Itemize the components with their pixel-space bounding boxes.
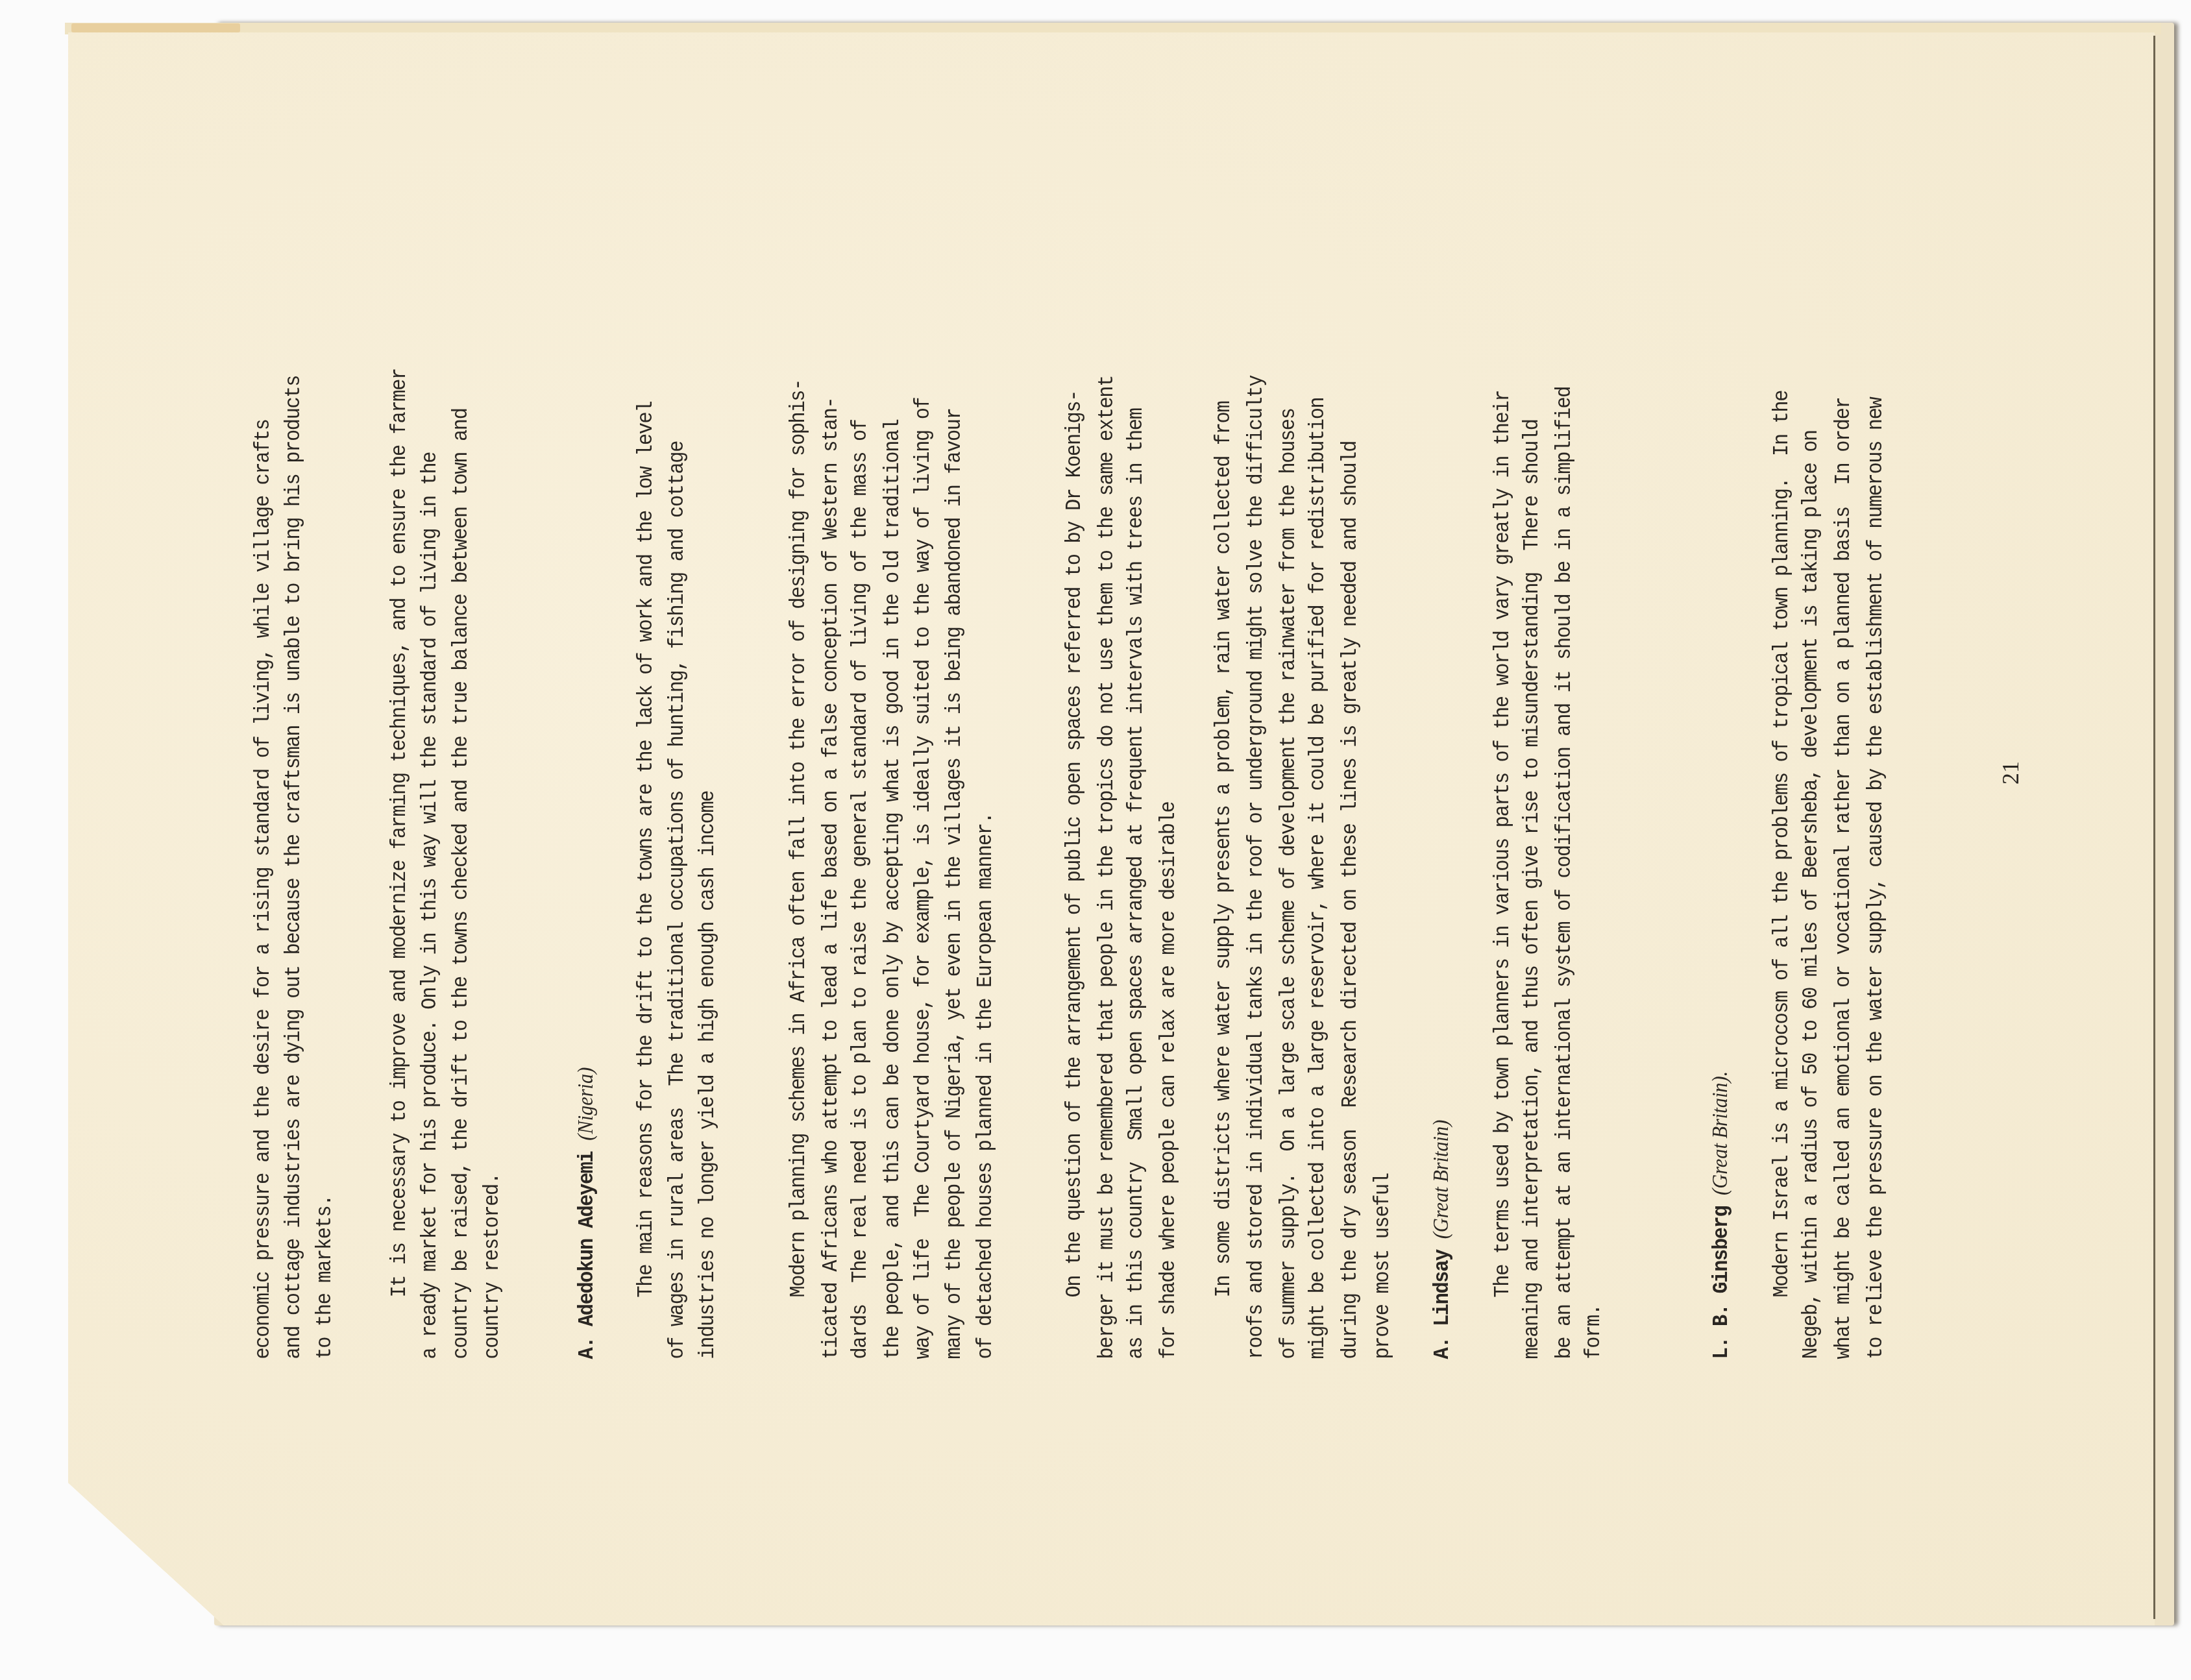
text-line: what might be called an emotional or voc… [1831,398,1857,1359]
text-line: a ready market for his produce. Only in … [417,452,443,1359]
text-line: of summer supply. On a large scale schem… [1276,409,1302,1359]
text-line: as in this country Small open spaces arr… [1123,409,1149,1359]
text-line: and cottage industries are dying out bec… [281,376,307,1359]
text-line: way of life The Courtyard house, for exa… [911,398,936,1359]
text-line: berger it must be remembered that people… [1094,376,1120,1359]
text-line: might be collected into a large reservoi… [1305,398,1331,1359]
text-line: country restored. [480,1173,506,1359]
text-line: to relieve the pressure on the water sup… [1863,398,1889,1359]
paper-stain [71,23,240,32]
speaker-country: (Great Britain) [1430,1120,1453,1239]
speaker-country: (Nigeria) [574,1067,598,1141]
text-line: be an attempt at an international system… [1552,387,1578,1359]
rotated-text-block: economic pressure and the desire for a r… [251,136,1912,1359]
speaker-country: (Great Britain). [1709,1071,1732,1195]
text-line: Modern Israel is a microcosm of all the … [1769,391,1795,1298]
speaker-name: A. Lindsay [1430,1250,1454,1359]
text-line: of wages in rural areas The traditional … [665,441,691,1359]
text-line: many of the people of Nigeria, yet even … [942,409,968,1359]
speaker-heading: A. Adedokun Adeyemi (Nigeria) [573,1067,600,1359]
text-line: meaning and interpretation, and thus oft… [1519,419,1545,1359]
text-line: roofs and stored in individual tanks in … [1243,376,1269,1359]
text-line: prove most useful [1370,1173,1396,1359]
page-right-edge [2153,36,2155,1619]
speaker-heading: A. Lindsay (Great Britain) [1428,1120,1456,1359]
text-line: dards The real need is to plan to raise … [848,419,874,1359]
text-line: form. [1581,1304,1607,1359]
page-number: 21 [1997,761,2024,785]
speaker-name: L. B. Ginsberg [1709,1206,1733,1359]
text-line: It is necessary to improve and modernize… [387,369,413,1297]
text-line: Modern planning schemes in Africa often … [786,380,812,1297]
text-line: Negeb, within a radius of 50 to 60 miles… [1798,430,1824,1359]
text-line: economic pressure and the desire for a r… [251,419,276,1359]
text-line: country be raised, the drift to the town… [448,409,474,1359]
text-line: The main reasons for the drift to the to… [633,402,659,1298]
text-line: ticated Africans who attempt to lead a l… [818,398,844,1359]
text-line: In some districts where water supply pre… [1211,402,1237,1298]
text-line: The terms used by town planners in vario… [1490,391,1516,1298]
text-line: industries no longer yield a high enough… [695,791,721,1359]
text-line: for shade where people can relax are mor… [1156,802,1182,1359]
text-line: of detached houses planned in the Europe… [973,813,999,1359]
text-line: On the question of the arrangement of pu… [1062,391,1088,1298]
text-line: to the markets. [312,1195,338,1359]
text-line: during the dry season Research directed … [1338,441,1364,1359]
text-line: the people, and this can be done only by… [880,419,906,1359]
speaker-heading: L. B. Ginsberg (Great Britain). [1708,1071,1735,1359]
speaker-name: A. Adedokun Adeyemi [575,1152,599,1359]
